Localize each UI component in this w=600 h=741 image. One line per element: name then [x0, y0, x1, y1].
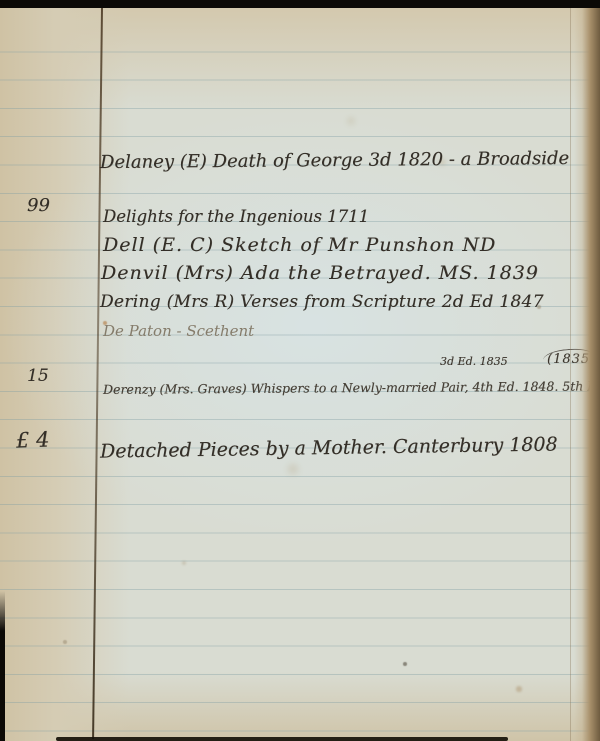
margin-note-15: 15: [27, 368, 49, 385]
photo-border-bottom: [56, 737, 508, 741]
photo-border-left: [0, 591, 5, 741]
ledger-entry-dell: Dell (E. C) Sketch of Mr Punshon ND: [103, 236, 496, 255]
ledger-entry-de-paton: De Paton - Scethent: [103, 324, 254, 339]
margin-note-99: 99: [27, 197, 50, 215]
page-edge-crease: [570, 8, 571, 741]
ledger-entry-dering: Dering (Mrs R) Verses from Scripture 2d …: [100, 294, 544, 311]
photo-border-top: [0, 0, 600, 8]
ledger-entry-denvil: Denvil (Mrs) Ada the Betrayed. MS. 1839: [101, 264, 539, 283]
page-right-edge-shadow: [574, 0, 600, 741]
scanned-ledger-page: Delaney (E) Death of George 3d 1820 - a …: [0, 0, 600, 741]
ledger-entry-delaney: Delaney (E) Death of George 3d 1820 - a …: [100, 150, 569, 172]
margin-note-pounds-4: £ 4: [16, 429, 50, 451]
interlinear-edition-note: 3d Ed. 1835: [440, 356, 508, 367]
ledger-entry-delights: Delights for the Ingenious 1711: [103, 209, 369, 226]
